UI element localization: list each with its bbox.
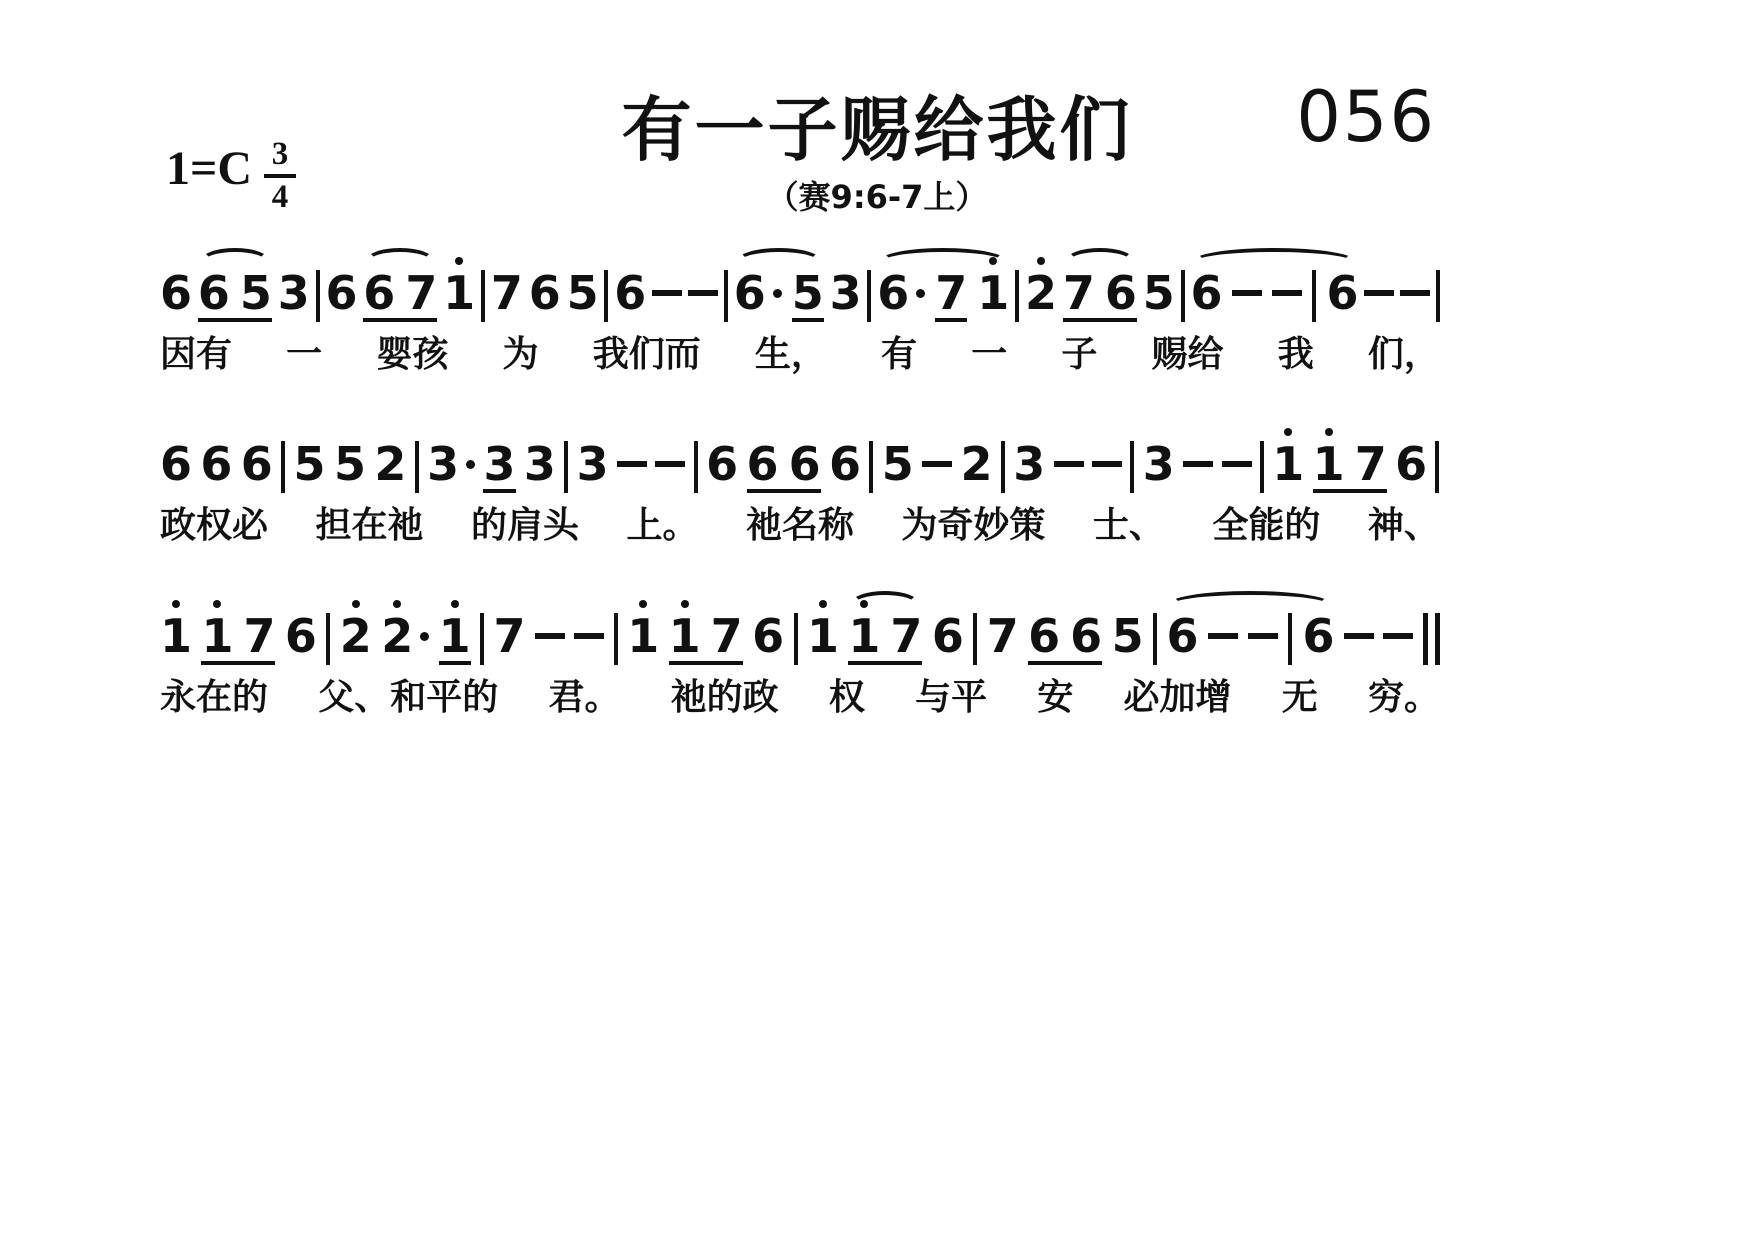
note: 7 (890, 613, 922, 659)
note: 7 (1063, 270, 1095, 316)
note-digit: 3 (483, 441, 515, 487)
note: 3 (1143, 441, 1175, 493)
lyric-syllable: 为 (503, 334, 539, 375)
note-digit: 3 (1143, 441, 1175, 487)
note-digit: 6 (1028, 613, 1060, 659)
duration-dash (1400, 290, 1430, 296)
duration-dash (1248, 633, 1278, 639)
note-digit: 6 (529, 270, 561, 316)
lyrics-line-2: 政权必担在祂的肩头上。祂名称为奇妙策士、全能的神、 (160, 505, 1440, 546)
lyric-syllable: 必加增 (1124, 677, 1232, 718)
note: 7 (987, 613, 1019, 665)
note: 1 (1272, 441, 1304, 493)
lyric-syllable: 神、 (1368, 505, 1440, 546)
lyric-syllable: 穷。 (1368, 677, 1440, 718)
barline (326, 613, 330, 665)
note: 1 (443, 270, 475, 322)
note: 6 (1326, 270, 1358, 322)
slur-group: 65 (198, 270, 272, 322)
note-digit: 5 (1143, 270, 1175, 316)
slur-group: 76 (1063, 270, 1137, 322)
note: 2 (1025, 270, 1057, 322)
note-digit: 6 (1326, 270, 1358, 316)
note-digit: 1 (627, 613, 659, 659)
note: 3 (278, 270, 310, 322)
note-digit: 6 (363, 270, 395, 316)
beam-group: 17 (201, 613, 275, 665)
note-digit: 7 (1063, 270, 1095, 316)
note-digit: 3 (1013, 441, 1045, 487)
lyric-syllable: 君。 (548, 677, 620, 718)
note-digit: 6 (1302, 613, 1334, 659)
note-digit: 5 (792, 270, 824, 316)
notation-line-2: 6665523333666652331176 (160, 429, 1440, 493)
note: 6 (1395, 441, 1427, 493)
note: 2 (381, 613, 429, 665)
note-digit: 5 (882, 441, 914, 487)
note-digit: 2 (381, 613, 413, 659)
lyric-syllable: 全能的 (1212, 505, 1320, 546)
note: 3 (830, 270, 862, 322)
note: 1 (439, 613, 471, 665)
note: 6 (1028, 613, 1060, 659)
note: 1 (669, 613, 701, 659)
fraction-bar (264, 174, 296, 178)
note-digit: 6 (747, 441, 779, 487)
lyric-syllable: 担在祂 (315, 505, 423, 546)
note: 3 (427, 441, 475, 493)
note-digit: 6 (829, 441, 861, 487)
note-digit: 6 (198, 270, 230, 316)
augmentation-dot (466, 460, 475, 469)
note: 5 (1143, 270, 1175, 322)
note-digit: 2 (374, 441, 406, 487)
note-digit: 1 (160, 613, 192, 659)
note: 2 (960, 441, 992, 493)
lyric-syllable: 为奇妙策 (901, 505, 1045, 546)
lyric-syllable: 一 (286, 334, 322, 375)
note: 2 (340, 613, 372, 665)
note: 6 (614, 270, 646, 322)
note: 6 (529, 270, 561, 322)
note-digit: 6 (1105, 270, 1137, 316)
lyric-syllable: 有 (881, 334, 917, 375)
lyric-syllable: 我们而 (593, 334, 701, 375)
barline (794, 613, 798, 665)
note: 6 (160, 441, 192, 493)
note: 7 (935, 270, 967, 322)
beam-group: 17 (1313, 441, 1387, 493)
note: 7 (493, 613, 525, 665)
note: 5 (240, 270, 272, 316)
note: 1 (160, 613, 192, 665)
barline (1288, 613, 1292, 665)
note-digit: 6 (789, 441, 821, 487)
lyric-syllable: 政权必 (160, 505, 268, 546)
note-digit: 1 (807, 613, 839, 659)
duration-dash (1364, 290, 1394, 296)
barline (1436, 270, 1440, 322)
note-digit: 2 (1025, 270, 1057, 316)
note: 6 (1166, 613, 1198, 665)
music-lines: 665366717656653671276566因有一婴孩为我们而生，有一子赐给… (160, 258, 1440, 718)
note: 6 (877, 270, 925, 322)
note-digit: 5 (240, 270, 272, 316)
duration-dash (1232, 290, 1262, 296)
final-barline (1423, 613, 1440, 665)
note: 6 (932, 613, 964, 665)
note: 6 (1070, 613, 1102, 659)
note: 5 (882, 441, 914, 493)
note-digit: 7 (711, 613, 743, 659)
note-digit: 1 (1272, 441, 1304, 487)
duration-dash (1222, 461, 1252, 467)
note: 6 (198, 270, 230, 316)
duration-dash (1054, 461, 1084, 467)
duration-dash (535, 633, 565, 639)
time-numerator: 3 (272, 138, 289, 171)
note-digit: 7 (987, 613, 1019, 659)
duration-dash (655, 461, 685, 467)
note: 6 (734, 270, 782, 322)
augmentation-dot (420, 632, 429, 641)
note: 3 (483, 441, 515, 493)
note: 1 (1313, 441, 1345, 487)
note-digit: 6 (325, 270, 357, 316)
note-digit: 1 (669, 613, 701, 659)
note-digit: 1 (201, 613, 233, 659)
note-digit: 1 (1313, 441, 1345, 487)
lyric-syllable: 的肩头 (471, 505, 579, 546)
note-digit: 6 (1166, 613, 1198, 659)
note-digit: 6 (160, 270, 192, 316)
lyric-syllable: 祂名称 (746, 505, 854, 546)
lyric-syllable: 我 (1278, 334, 1314, 375)
duration-dash (1183, 461, 1213, 467)
slur-group: 17 (848, 613, 922, 665)
note: 7 (243, 613, 275, 659)
barline (973, 613, 977, 665)
scripture-reference: （赛9:6-7上） (767, 172, 988, 218)
barline (415, 441, 419, 493)
barline (481, 270, 485, 322)
lyric-syllable: 祂的政 (671, 677, 779, 718)
lyric-syllable: 上。 (626, 505, 698, 546)
final-barline-thick (1435, 613, 1440, 665)
note-digit: 6 (932, 613, 964, 659)
slur-group: 671 (877, 270, 1009, 322)
duration-dash (1092, 461, 1122, 467)
note: 6 (285, 613, 317, 665)
barline (316, 270, 320, 322)
sheet-page: 1=C 3 4 有一子赐给我们 （赛9:6-7上） 056 6653667176… (0, 0, 1754, 1240)
note-digit: 7 (243, 613, 275, 659)
note: 6 (325, 270, 357, 322)
note-digit: 6 (877, 270, 909, 316)
lyric-syllable: 无 (1282, 677, 1318, 718)
note-digit: 6 (160, 441, 192, 487)
note-digit: 6 (752, 613, 784, 659)
note: 7 (711, 613, 743, 659)
slur-group: 67 (363, 270, 437, 322)
duration-dash (1344, 633, 1374, 639)
note-digit: 7 (405, 270, 437, 316)
note-digit: 1 (848, 613, 880, 659)
note: 6 (752, 613, 784, 665)
duration-dash (1272, 290, 1302, 296)
note-digit: 5 (567, 270, 599, 316)
note-digit: 6 (200, 441, 232, 487)
duration-dash (652, 290, 682, 296)
note: 1 (807, 613, 839, 665)
duration-dash (1208, 633, 1238, 639)
barline (1181, 270, 1185, 322)
sheet-header: 1=C 3 4 有一子赐给我们 （赛9:6-7上） 056 (0, 0, 1754, 238)
lyric-syllable: 与平 (915, 677, 987, 718)
duration-dash (922, 461, 952, 467)
note-digit: 7 (890, 613, 922, 659)
note-digit: 3 (830, 270, 862, 316)
barline (1015, 270, 1019, 322)
note-digit: 6 (706, 441, 738, 487)
barline (869, 441, 873, 493)
note: 6 (747, 441, 779, 487)
barline (1153, 613, 1157, 665)
note: 7 (1355, 441, 1387, 487)
note: 5 (792, 270, 824, 322)
note-digit: 6 (734, 270, 766, 316)
lyric-syllable: 赐给 (1152, 334, 1224, 375)
note: 6 (1105, 270, 1137, 316)
note: 2 (374, 441, 406, 493)
note-digit: 7 (491, 270, 523, 316)
lyric-syllable: 子 (1061, 334, 1097, 375)
note-digit: 3 (427, 441, 459, 487)
lyric-syllable: 生， (755, 334, 827, 375)
note: 5 (1112, 613, 1144, 665)
note-digit: 1 (439, 613, 471, 659)
barline (480, 613, 484, 665)
lyric-syllable: 士、 (1093, 505, 1165, 546)
note: 3 (524, 441, 556, 493)
note: 6 (829, 441, 861, 493)
note: 3 (1013, 441, 1045, 493)
note-digit: 7 (935, 270, 967, 316)
song-number: 056 (1296, 76, 1436, 158)
barline (604, 270, 608, 322)
augmentation-dot (773, 289, 782, 298)
note-digit: 2 (340, 613, 372, 659)
note: 1 (848, 613, 880, 659)
note-digit: 3 (524, 441, 556, 487)
note-digit: 6 (1190, 270, 1222, 316)
note: 1 (627, 613, 659, 665)
note: 1 (977, 270, 1009, 322)
note-digit: 1 (977, 270, 1009, 316)
note: 7 (405, 270, 437, 316)
lyrics-line-1: 因有一婴孩为我们而生，有一子赐给我们， (160, 334, 1440, 375)
note-digit: 6 (1395, 441, 1427, 487)
note-digit: 5 (294, 441, 326, 487)
time-denominator: 4 (272, 181, 289, 214)
slur-group: 66 (1190, 270, 1358, 322)
lyric-syllable: 婴孩 (376, 334, 448, 375)
note: 6 (1302, 613, 1334, 665)
note-digit: 7 (493, 613, 525, 659)
barline (614, 613, 618, 665)
note: 6 (706, 441, 738, 493)
note-digit: 6 (241, 441, 273, 487)
barline (1260, 441, 1264, 493)
lyric-syllable: 们， (1368, 334, 1440, 375)
note-digit: 6 (1070, 613, 1102, 659)
notation-line-3: 1176221711761176766566 (160, 601, 1440, 665)
note-digit: 3 (577, 441, 609, 487)
barline (1435, 441, 1439, 493)
note-digit: 7 (1355, 441, 1387, 487)
note: 6 (363, 270, 395, 316)
note: 6 (200, 441, 232, 493)
duration-dash (1383, 633, 1413, 639)
song-title: 有一子赐给我们 (622, 74, 1133, 175)
barline (1001, 441, 1005, 493)
lyric-syllable: 权 (829, 677, 865, 718)
note-digit: 5 (334, 441, 366, 487)
duration-dash (574, 633, 604, 639)
note: 6 (1190, 270, 1222, 322)
note-digit: 6 (285, 613, 317, 659)
note: 5 (567, 270, 599, 322)
barline (1312, 270, 1316, 322)
barline (281, 441, 285, 493)
note: 6 (241, 441, 273, 493)
key-signature: 1=C 3 4 (166, 130, 296, 206)
note: 5 (334, 441, 366, 493)
beam-group: 66 (747, 441, 821, 493)
note: 7 (491, 270, 523, 322)
beam-group: 66 (1028, 613, 1102, 665)
note-digit: 1 (443, 270, 475, 316)
note-digit: 3 (278, 270, 310, 316)
duration-dash (617, 461, 647, 467)
note: 6 (789, 441, 821, 487)
lyric-syllable: 永在的 (160, 677, 268, 718)
augmentation-dot (916, 289, 925, 298)
barline (724, 270, 728, 322)
lyrics-line-3: 永在的父、和平的君。祂的政权与平安必加增无穷。 (160, 677, 1440, 718)
note-digit: 2 (960, 441, 992, 487)
note: 1 (201, 613, 233, 659)
barline (564, 441, 568, 493)
lyric-syllable: 安 (1037, 677, 1073, 718)
notation-line-1: 665366717656653671276566 (160, 258, 1440, 322)
barline (1130, 441, 1134, 493)
lyric-syllable: 因有 (160, 334, 232, 375)
time-signature: 3 4 (264, 138, 296, 214)
note: 3 (577, 441, 609, 493)
slur-group: 66 (1166, 613, 1334, 665)
lyric-syllable: 父、和平的 (318, 677, 498, 718)
barline (694, 441, 698, 493)
key-label: 1=C (166, 141, 252, 196)
slur-group: 65 (734, 270, 824, 322)
beam-group: 17 (669, 613, 743, 665)
barline (867, 270, 871, 322)
duration-dash (688, 290, 718, 296)
note: 5 (294, 441, 326, 493)
note-digit: 5 (1112, 613, 1144, 659)
lyric-syllable: 一 (971, 334, 1007, 375)
note: 6 (160, 270, 192, 322)
note-digit: 6 (614, 270, 646, 316)
final-barline-thin (1423, 613, 1428, 665)
